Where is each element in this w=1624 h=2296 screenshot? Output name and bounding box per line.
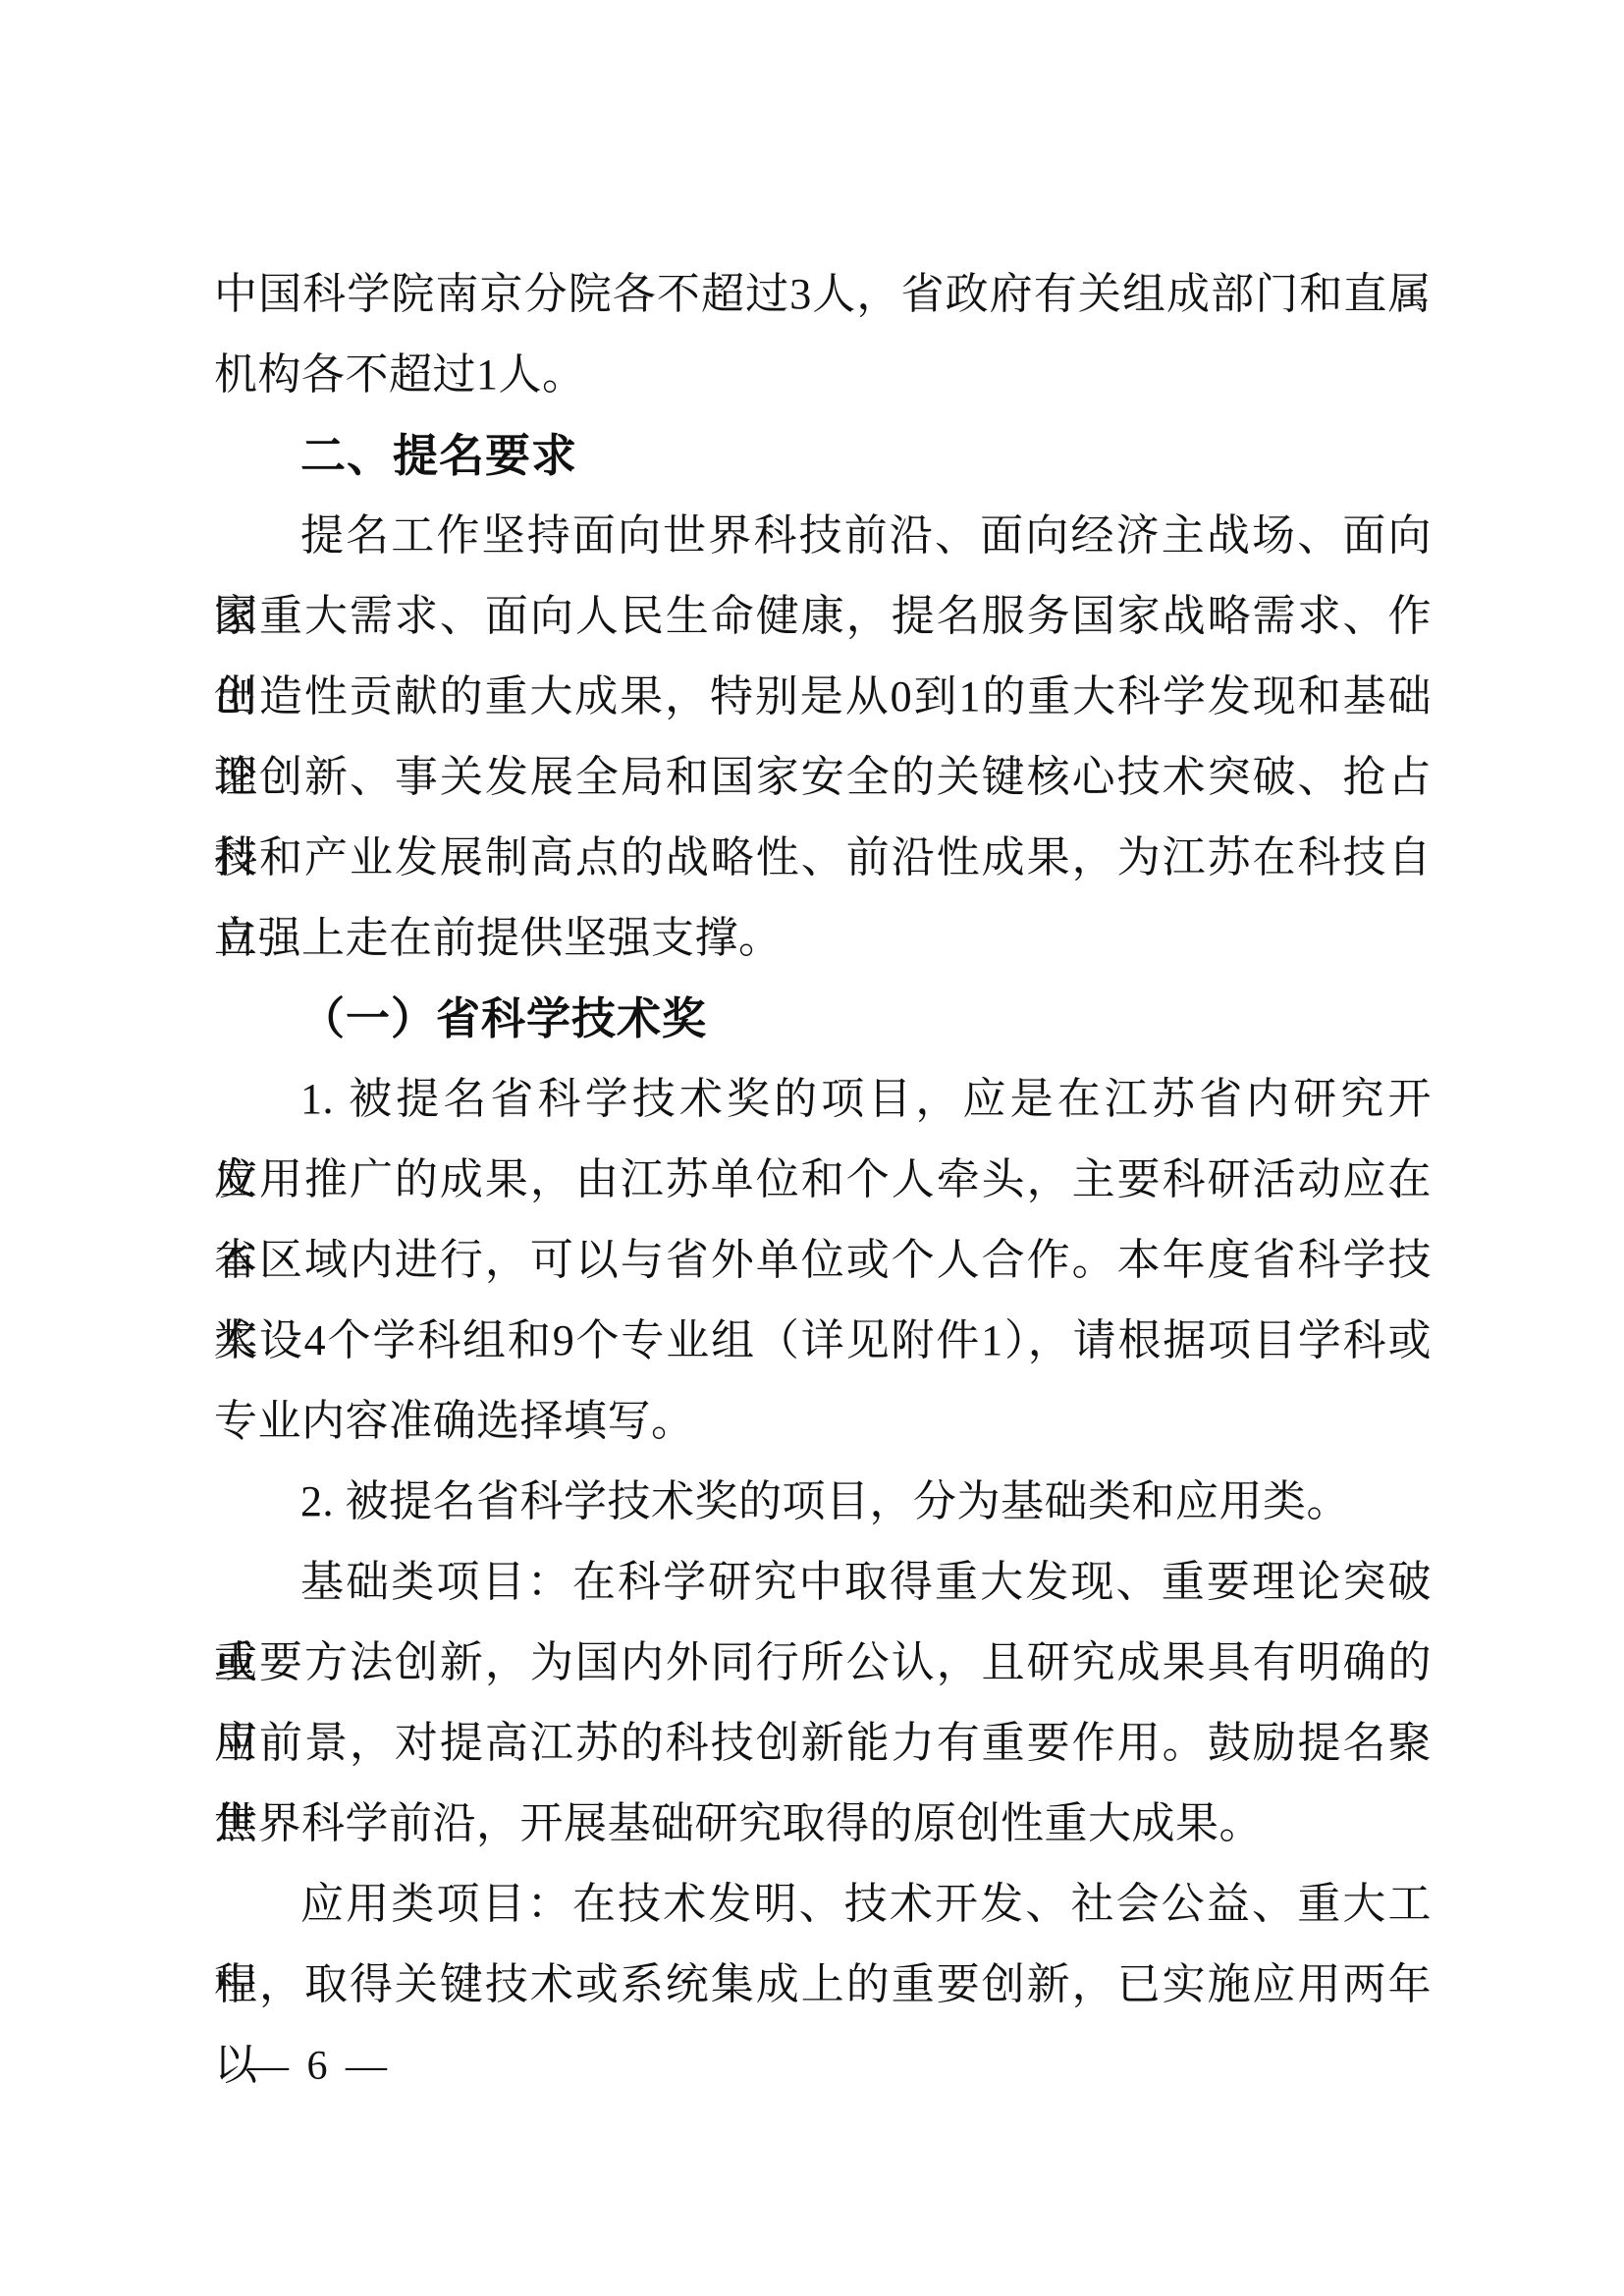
- text-line: 机构各不超过1人。: [214, 335, 1432, 415]
- text-line: 中国科学院南京分院各不超过3人，省政府有关组成部门和直属: [214, 254, 1432, 335]
- text-line: 技和产业发展制高点的战略性、前沿性成果，为江苏在科技自立: [214, 818, 1432, 898]
- page-number: — 6 —: [247, 2026, 391, 2107]
- section-heading: 二、提名要求: [214, 415, 1432, 496]
- text-line: 自强上走在前提供坚强支撑。: [214, 898, 1432, 979]
- subsection-heading: （一）省科学技术奖: [214, 979, 1432, 1059]
- text-line: 1. 被提名省科学技术奖的项目，应是在江苏省内研究开发、: [214, 1059, 1432, 1140]
- text-line: 家重大需求、面向人民生命健康，提名服务国家战略需求、作出: [214, 576, 1432, 657]
- text-line: 用前景，对提高江苏的科技创新能力有重要作用。鼓励提名聚焦: [214, 1703, 1432, 1784]
- text-line: 中，取得关键技术或系统集成上的重要创新，已实施应用两年以: [214, 1945, 1432, 2025]
- text-line: 创造性贡献的重大成果，特别是从0到1的重大科学发现和基础理: [214, 657, 1432, 737]
- text-line: 省区域内进行，可以与省外单位或个人合作。本年度省科学技术: [214, 1220, 1432, 1301]
- document-page: 中国科学院南京分院各不超过3人，省政府有关组成部门和直属机构各不超过1人。二、提…: [0, 0, 1624, 2296]
- document-body: 中国科学院南京分院各不超过3人，省政府有关组成部门和直属机构各不超过1人。二、提…: [214, 254, 1432, 2025]
- text-line: 基础类项目：在科学研究中取得重大发现、重要理论突破或: [214, 1542, 1432, 1623]
- text-line: 世界科学前沿，开展基础研究取得的原创性重大成果。: [214, 1784, 1432, 1864]
- text-line: 奖设4个学科组和9个专业组（详见附件1），请根据项目学科或: [214, 1301, 1432, 1381]
- text-line: 专业内容准确选择填写。: [214, 1381, 1432, 1462]
- text-line: 重要方法创新，为国内外同行所公认，且研究成果具有明确的应: [214, 1623, 1432, 1703]
- text-line: 应用类项目：在技术发明、技术开发、社会公益、重大工程: [214, 1864, 1432, 1945]
- text-line: 2. 被提名省科学技术奖的项目，分为基础类和应用类。: [214, 1462, 1432, 1542]
- text-line: 应用推广的成果，由江苏单位和个人牵头，主要科研活动应在本: [214, 1140, 1432, 1220]
- text-line: 论创新、事关发展全局和国家安全的关键核心技术突破、抢占科: [214, 737, 1432, 818]
- text-line: 提名工作坚持面向世界科技前沿、面向经济主战场、面向国: [214, 496, 1432, 576]
